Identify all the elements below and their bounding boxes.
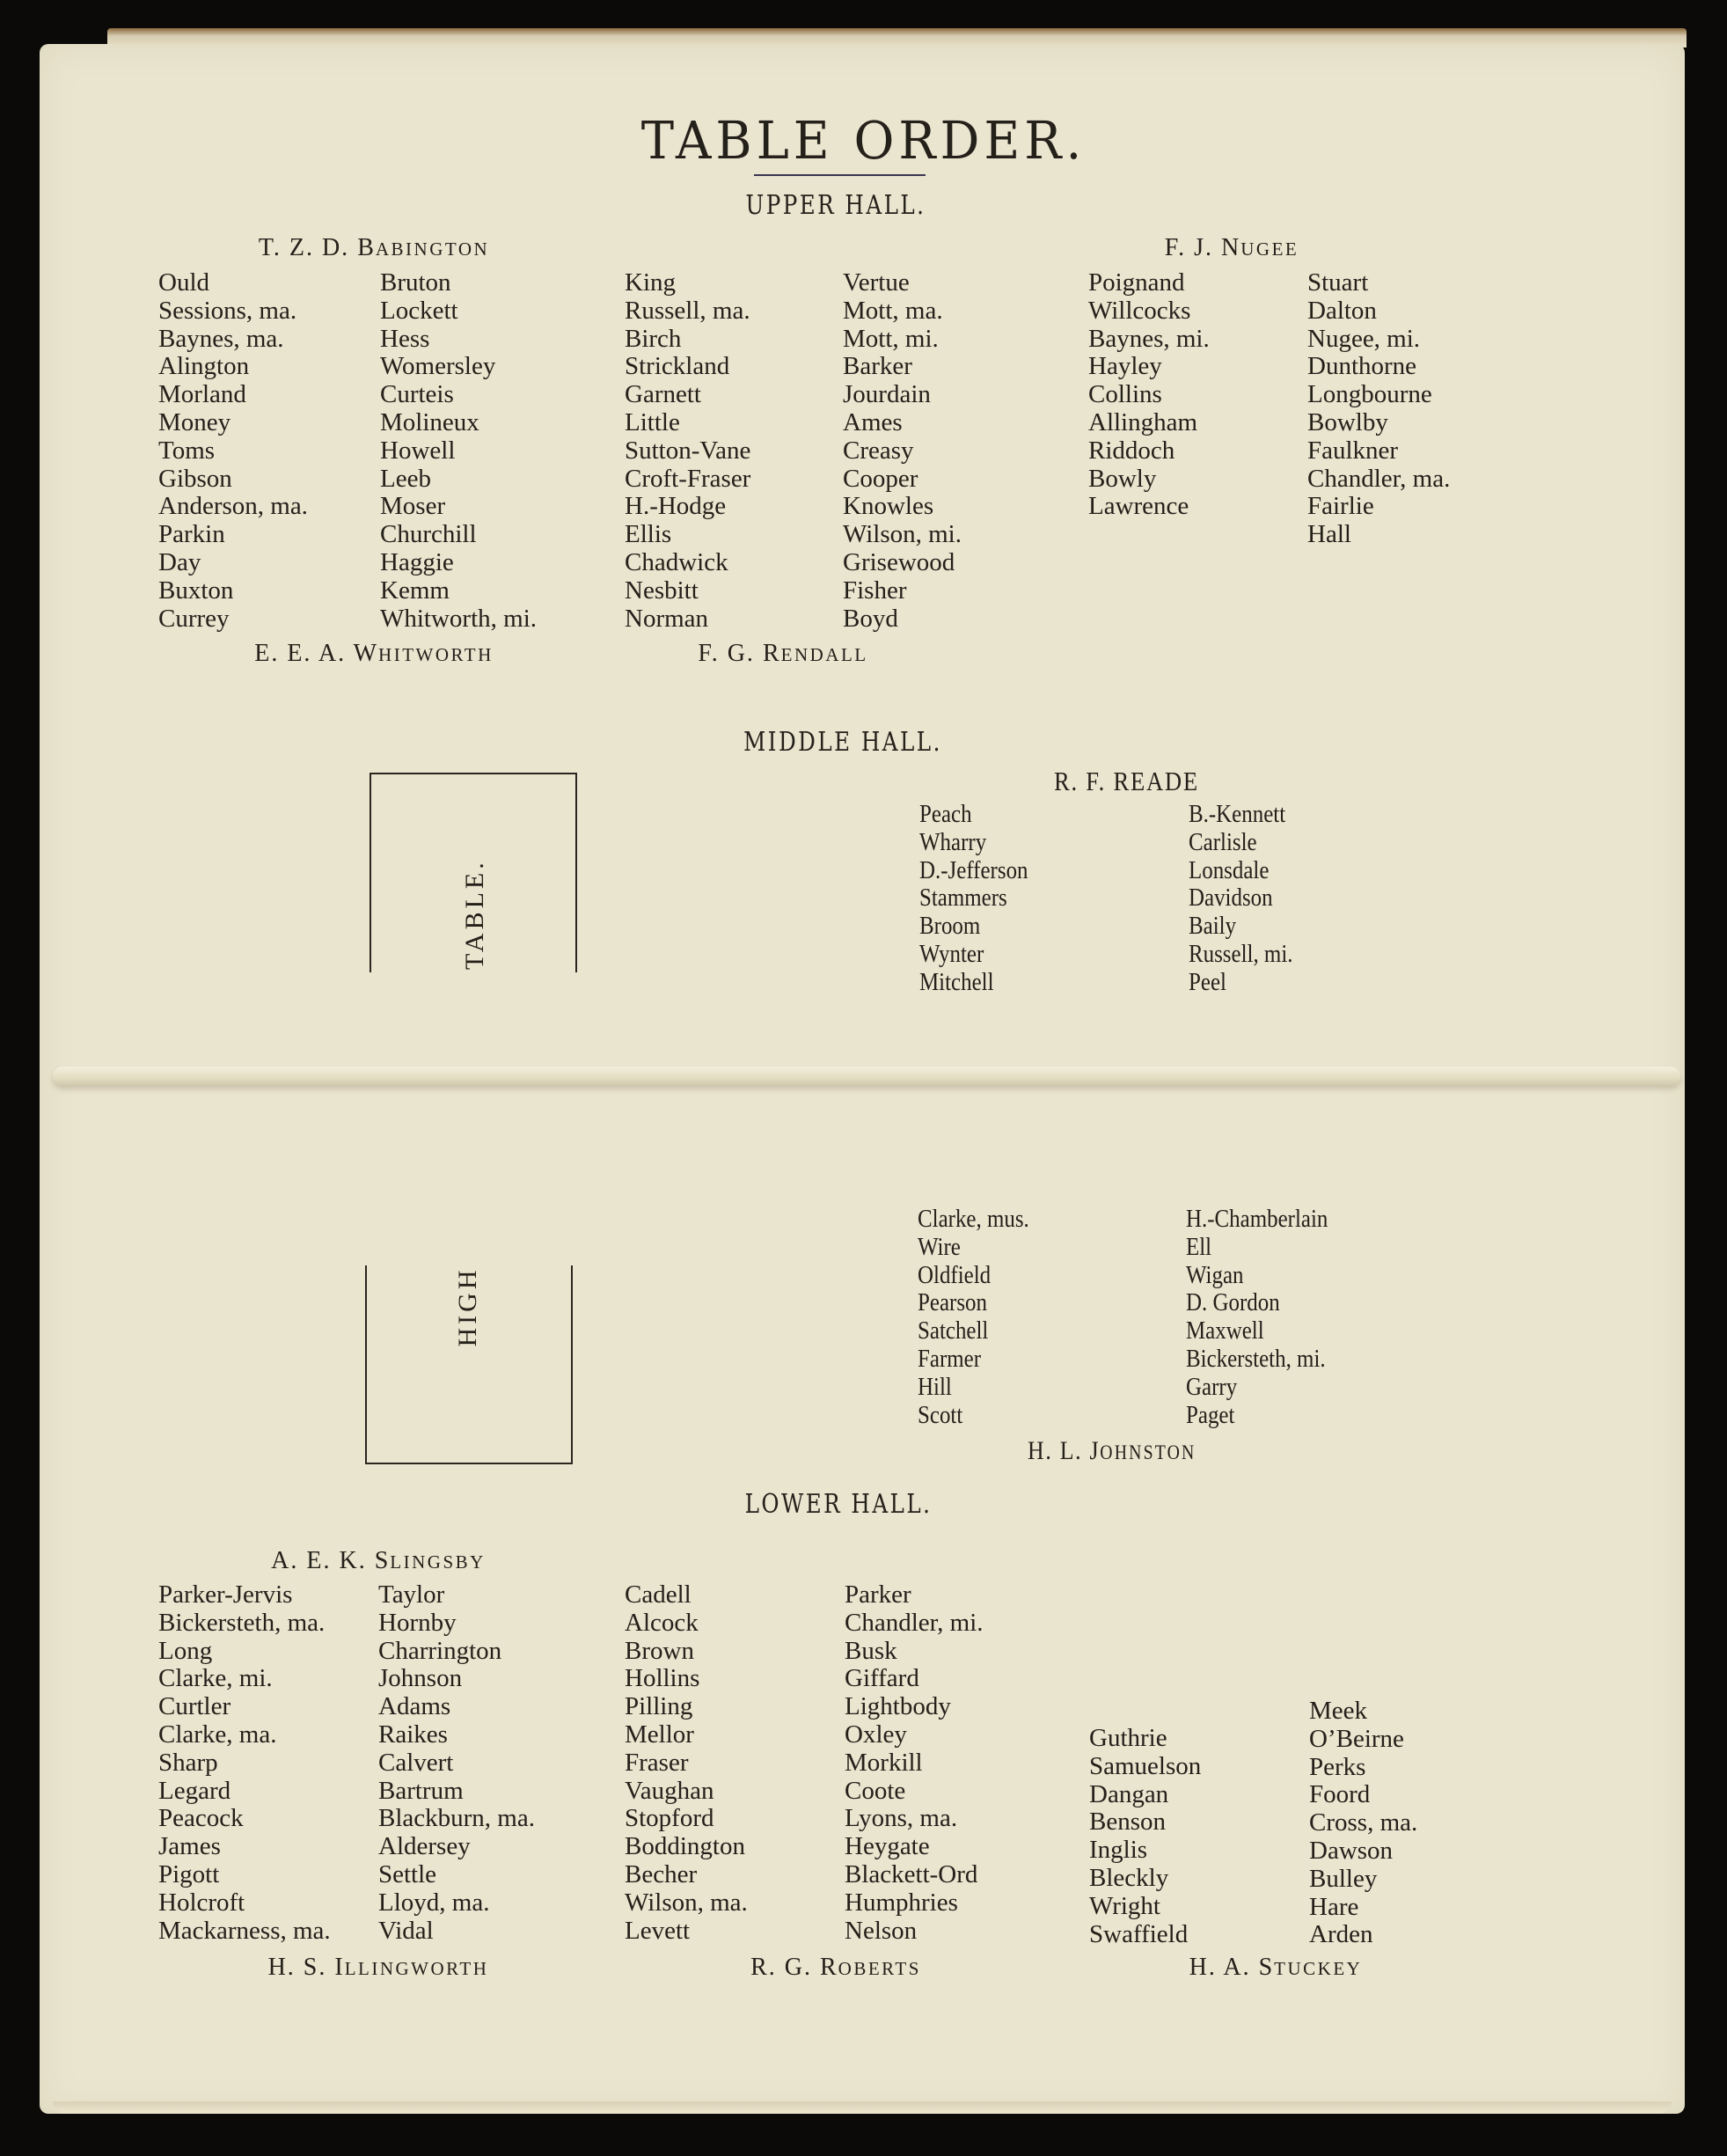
student-name: Bickersteth, ma. (158, 1610, 331, 1638)
student-name: Willcocks (1088, 297, 1210, 326)
student-name: Stammers (919, 884, 1028, 913)
student-name: Nugee, mi. (1307, 326, 1450, 354)
student-name: Davidson (1189, 884, 1292, 913)
student-name: Benson (1089, 1808, 1201, 1837)
student-name: Ames (843, 409, 962, 437)
student-name: Bartrum (378, 1778, 535, 1806)
name-column: GuthrieSamuelsonDanganBensonInglisBleckl… (1089, 1725, 1201, 1948)
student-name: Foord (1309, 1781, 1417, 1809)
student-name: H.-Hodge (625, 493, 750, 521)
student-name: Oxley (845, 1721, 984, 1749)
student-name: Norman (625, 605, 750, 634)
student-name: Wilson, ma. (625, 1889, 748, 1918)
student-name: Raikes (378, 1721, 535, 1749)
high-table-label-table: TABLE. (460, 864, 490, 970)
student-name: Gibson (158, 466, 308, 494)
student-name: Ell (1186, 1234, 1328, 1262)
student-name: Morland (158, 381, 308, 409)
student-name: Day (158, 549, 308, 577)
student-name: Paget (1186, 1402, 1328, 1430)
student-name: Strickland (625, 353, 750, 381)
student-name: Chandler, ma. (1307, 466, 1450, 494)
student-name: Baily (1189, 913, 1292, 941)
student-name: Boyd (843, 605, 962, 634)
student-name: Hess (380, 326, 537, 354)
name-column: PoignandWillcocksBaynes, mi.HayleyCollin… (1088, 269, 1210, 521)
student-name: Lawrence (1088, 493, 1210, 521)
student-name: Croft-Fraser (625, 466, 750, 494)
student-name: Sessions, ma. (158, 297, 308, 326)
name-column: Parker-JervisBickersteth, ma.LongClarke,… (158, 1581, 331, 1945)
student-name: Hall (1307, 521, 1450, 549)
student-name: Charrington (378, 1638, 535, 1666)
student-name: Legard (158, 1778, 331, 1806)
student-name: Stopford (625, 1805, 748, 1833)
table-foot-master: H. S. ILLINGWORTH (211, 1954, 545, 1982)
student-name: Bulley (1309, 1866, 1417, 1894)
student-name: Money (158, 409, 308, 437)
student-name: Wigan (1186, 1262, 1328, 1290)
student-name: Buxton (158, 577, 308, 605)
student-name: Blackett-Ord (845, 1861, 984, 1889)
student-name: Humphries (845, 1889, 984, 1918)
name-column: BrutonLockettHessWomersleyCurteisMolineu… (380, 269, 537, 633)
student-name: Oldfield (918, 1262, 1029, 1290)
name-column: KingRussell, ma.BirchStricklandGarnettLi… (625, 269, 750, 633)
student-name: Russell, mi. (1189, 941, 1292, 969)
student-name: Satchell (918, 1317, 1029, 1346)
student-name: H.-Chamberlain (1186, 1206, 1328, 1234)
student-name: Bruton (380, 269, 537, 297)
title-rule (754, 174, 926, 176)
student-name: Hare (1309, 1894, 1417, 1922)
student-name: Wire (918, 1234, 1029, 1262)
student-name: Guthrie (1089, 1725, 1201, 1753)
name-column: CadellAlcockBrownHollinsPillingMellorFra… (625, 1581, 748, 1945)
student-name: Levett (625, 1918, 748, 1946)
student-name: Ellis (625, 521, 750, 549)
student-name: Cadell (625, 1581, 748, 1610)
name-column: OuldSessions, ma.Baynes, ma.AlingtonMorl… (158, 269, 308, 633)
student-name: Fairlie (1307, 493, 1450, 521)
student-name: Molineux (380, 409, 537, 437)
name-column: StuartDaltonNugee, mi.DunthorneLongbourn… (1307, 269, 1450, 549)
student-name: Parker (845, 1581, 984, 1610)
student-name: Carlisle (1189, 829, 1292, 857)
student-name: Dunthorne (1307, 353, 1450, 381)
student-name: Bickersteth, mi. (1186, 1346, 1328, 1374)
page-fold (53, 1067, 1680, 1086)
student-name: D.-Jefferson (919, 857, 1028, 885)
student-name: Nesbitt (625, 577, 750, 605)
name-column: VertueMott, ma.Mott, mi.BarkerJourdainAm… (843, 269, 962, 633)
student-name: Garnett (625, 381, 750, 409)
student-name: Garry (1186, 1374, 1328, 1402)
student-name: Sutton-Vane (625, 437, 750, 466)
student-name: Parkin (158, 521, 308, 549)
table-head-master: T. Z. D. BABINGTON (202, 234, 545, 262)
student-name: Lightbody (845, 1693, 984, 1721)
student-name: Longbourne (1307, 381, 1450, 409)
student-name: Anderson, ma. (158, 493, 308, 521)
student-name: Chandler, mi. (845, 1610, 984, 1638)
student-name: Scott (918, 1402, 1029, 1430)
student-name: Lloyd, ma. (378, 1889, 535, 1918)
student-name: Lockett (380, 297, 537, 326)
student-name: Haggie (380, 549, 537, 577)
student-name: Hornby (378, 1610, 535, 1638)
table-foot-master: H. A. STUCKEY (1144, 1954, 1408, 1982)
student-name: Collins (1088, 381, 1210, 409)
student-name: Swaffield (1089, 1921, 1201, 1949)
name-column: MeekO’BeirnePerksFoordCross, ma.DawsonBu… (1309, 1698, 1417, 1949)
student-name: Curteis (380, 381, 537, 409)
student-name: Alcock (625, 1610, 748, 1638)
student-name: Russell, ma. (625, 297, 750, 326)
student-name: Clarke, ma. (158, 1721, 331, 1749)
student-name: Riddoch (1088, 437, 1210, 466)
student-name: Pilling (625, 1693, 748, 1721)
student-name: Faulkner (1307, 437, 1450, 466)
student-name: Baynes, mi. (1088, 326, 1210, 354)
student-name: Clarke, mus. (918, 1206, 1029, 1234)
student-name: Bowlby (1307, 409, 1450, 437)
student-name: Currey (158, 605, 308, 634)
student-name: Inglis (1089, 1837, 1201, 1865)
name-column: B.-KennettCarlisleLonsdaleDavidsonBailyR… (1189, 801, 1292, 997)
student-name: Mellor (625, 1721, 748, 1749)
student-name: Taylor (378, 1581, 535, 1610)
student-name: Boddington (625, 1833, 748, 1861)
student-name: Becher (625, 1861, 748, 1889)
student-name: Parker-Jervis (158, 1581, 331, 1610)
high-table-label-high: HIGH (453, 1254, 483, 1360)
name-column: ParkerChandler, mi.BuskGiffardLightbodyO… (845, 1581, 984, 1945)
student-name: Perks (1309, 1754, 1417, 1782)
student-name: King (625, 269, 750, 297)
student-name: Cross, ma. (1309, 1809, 1417, 1837)
student-name: Howell (380, 437, 537, 466)
student-name: Johnson (378, 1665, 535, 1693)
student-name: Bleckly (1089, 1865, 1201, 1893)
student-name: Poignand (1088, 269, 1210, 297)
student-name: Stuart (1307, 269, 1450, 297)
student-name: Pigott (158, 1861, 331, 1889)
student-name: Brown (625, 1638, 748, 1666)
student-name: Little (625, 409, 750, 437)
student-name: Jourdain (843, 381, 962, 409)
student-name: Farmer (918, 1346, 1029, 1374)
student-name: Hollins (625, 1665, 748, 1693)
student-name: D. Gordon (1186, 1289, 1328, 1317)
table-head-master: F. J. NUGEE (1117, 234, 1346, 262)
student-name: Wharry (919, 829, 1028, 857)
student-name: B.-Kennett (1189, 801, 1292, 829)
table-head-master: R. F. READE (1054, 766, 1199, 797)
student-name: Barker (843, 353, 962, 381)
student-name: Settle (378, 1861, 535, 1889)
student-name: Whitworth, mi. (380, 605, 537, 634)
student-name: Womersley (380, 353, 537, 381)
student-name: Fisher (843, 577, 962, 605)
student-name: Busk (845, 1638, 984, 1666)
middle-hall-heading: MIDDLE HALL. (590, 727, 1095, 758)
student-name: Dawson (1309, 1837, 1417, 1866)
student-name: Hayley (1088, 353, 1210, 381)
student-name: Maxwell (1186, 1317, 1328, 1346)
student-name: Holcroft (158, 1889, 331, 1918)
student-name: Vertue (843, 269, 962, 297)
student-name: Broom (919, 913, 1028, 941)
student-name: Curtler (158, 1693, 331, 1721)
page-bottom-edge (53, 2101, 1672, 2114)
student-name: Fraser (625, 1749, 748, 1778)
student-name: Mitchell (919, 969, 1028, 997)
student-name: Lonsdale (1189, 857, 1292, 885)
student-name: Morkill (845, 1749, 984, 1778)
student-name: Alington (158, 353, 308, 381)
page-title: TABLE ORDER. (0, 111, 1727, 171)
lower-hall-heading: LOWER HALL. (586, 1489, 1091, 1520)
student-name: Chadwick (625, 549, 750, 577)
student-name: Long (158, 1638, 331, 1666)
student-name: Leeb (380, 466, 537, 494)
student-name: Meek (1309, 1698, 1417, 1726)
student-name: Grisewood (843, 549, 962, 577)
student-name: Coote (845, 1778, 984, 1806)
student-name: Vidal (378, 1918, 535, 1946)
student-name: Knowles (843, 493, 962, 521)
student-name: Samuelson (1089, 1753, 1201, 1781)
student-name: Wynter (919, 941, 1028, 969)
student-name: Dalton (1307, 297, 1450, 326)
student-name: Blackburn, ma. (378, 1805, 535, 1833)
student-name: Cooper (843, 466, 962, 494)
student-name: James (158, 1833, 331, 1861)
student-name: Birch (625, 326, 750, 354)
student-name: Lyons, ma. (845, 1805, 984, 1833)
student-name: Aldersey (378, 1833, 535, 1861)
student-name: Sharp (158, 1749, 331, 1778)
table-foot-master: R. G. ROBERTS (704, 1954, 968, 1982)
student-name: Toms (158, 437, 308, 466)
student-name: Peacock (158, 1805, 331, 1833)
name-column: H.-ChamberlainEllWiganD. GordonMaxwellBi… (1186, 1206, 1328, 1429)
table-head-master: A. E. K. SLINGSBY (211, 1547, 545, 1575)
table-foot-master: H. L. JOHNSTON (1028, 1436, 1196, 1466)
student-name: Mackarness, ma. (158, 1918, 331, 1946)
upper-hall-heading: UPPER HALL. (583, 190, 1088, 221)
name-column: PeachWharryD.-JeffersonStammersBroomWynt… (919, 801, 1028, 997)
student-name: Creasy (843, 437, 962, 466)
student-name: Calvert (378, 1749, 535, 1778)
student-name: Heygate (845, 1833, 984, 1861)
student-name: O’Beirne (1309, 1726, 1417, 1754)
student-name: Nelson (845, 1918, 984, 1946)
student-name: Wilson, mi. (843, 521, 962, 549)
student-name: Ould (158, 269, 308, 297)
student-name: Hill (918, 1374, 1029, 1402)
student-name: Kemm (380, 577, 537, 605)
student-name: Vaughan (625, 1778, 748, 1806)
student-name: Churchill (380, 521, 537, 549)
student-name: Wright (1089, 1893, 1201, 1921)
table-foot-master: F. G. RENDALL (651, 640, 915, 668)
student-name: Bowly (1088, 466, 1210, 494)
student-name: Arden (1309, 1921, 1417, 1949)
student-name: Pearson (918, 1289, 1029, 1317)
student-name: Adams (378, 1693, 535, 1721)
student-name: Giffard (845, 1665, 984, 1693)
student-name: Baynes, ma. (158, 326, 308, 354)
student-name: Allingham (1088, 409, 1210, 437)
student-name: Dangan (1089, 1781, 1201, 1809)
student-name: Clarke, mi. (158, 1665, 331, 1693)
student-name: Mott, mi. (843, 326, 962, 354)
name-column: Clarke, mus.WireOldfieldPearsonSatchellF… (918, 1206, 1029, 1429)
name-column: TaylorHornbyCharringtonJohnsonAdamsRaike… (378, 1581, 535, 1945)
student-name: Peach (919, 801, 1028, 829)
table-foot-master: E. E. A. WHITWORTH (202, 640, 545, 668)
student-name: Moser (380, 493, 537, 521)
student-name: Peel (1189, 969, 1292, 997)
student-name: Mott, ma. (843, 297, 962, 326)
